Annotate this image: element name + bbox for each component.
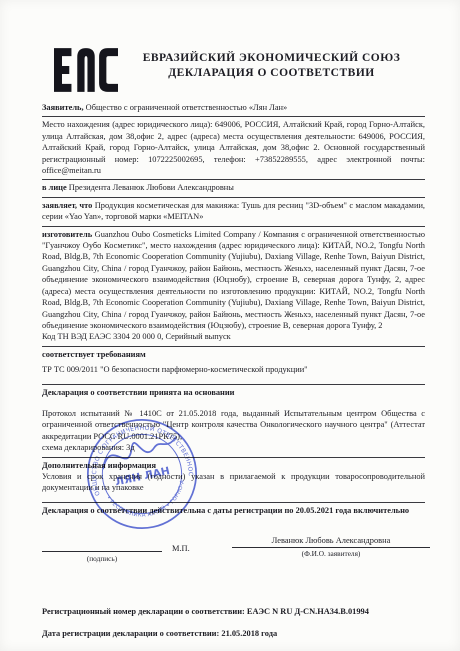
reg-number-value: ЕАЭС N RU Д-CN.НА34.В.01994 [247,607,369,616]
eac-logo [54,48,118,92]
manufacturer-value: Guanzhou Oubo Cosmeticks Limited Company… [42,230,425,330]
tnved-line: Код ТН ВЭД ЕАЭС 3304 20 000 0, Серийный … [42,331,425,342]
compliance-value: ТР ТС 009/2011 "О безопасности парфюмерн… [42,364,425,375]
applicant-fio: Леванюк Любовь Александровна [232,536,430,548]
applicant-line: Заявитель, Общество с ограниченной ответ… [42,102,425,113]
declaration-title-line: ДЕКЛАРАЦИЯ О СООТВЕТСТВИИ [118,66,425,81]
basis-value: Протокол испытаний № 1410С от 21.05.2018… [42,408,425,442]
section-divider [42,502,425,503]
validity-statement: Декларация о соответствии действительна … [42,505,425,516]
compliance-heading: соответствует требованиям [42,349,425,360]
reg-date-value: 21.05.2018 года [221,629,277,638]
applicant-address: Место нахождения (адрес юридического лиц… [42,119,425,176]
declares-value: Продукция косметическая для макияжа: Туш… [42,201,425,221]
document-title: ЕВРАЗИЙСКИЙ ЭКОНОМИЧЕСКИЙ СОЮЗ ДЕКЛАРАЦИ… [118,46,425,81]
additional-value: Условия и срок хранения (годности) указа… [42,471,425,494]
additional-heading: Дополнительная информация [42,460,425,471]
signature-caption: (подпись) [56,554,148,563]
applicant-label: Заявитель, [42,103,84,112]
section-divider [42,116,425,117]
section-divider [42,179,425,180]
section-divider [42,346,425,347]
applicant-value: Общество с ограниченной ответственностью… [86,103,288,112]
section-divider [42,457,425,458]
representative-value: Президента Леванюк Любови Александровны [69,183,234,192]
declares-line: заявляет, что Продукция косметическая дл… [42,200,425,223]
declaration-document: ЕВРАЗИЙСКИЙ ЭКОНОМИЧЕСКИЙ СОЮЗ ДЕКЛАРАЦИ… [0,0,460,651]
reg-date-label: Дата регистрации декларации о соответств… [42,629,219,638]
signature-block: (подпись) М.П. Леванюк Любовь Александро… [42,530,425,590]
section-divider [42,197,425,198]
union-title-line: ЕВРАЗИЙСКИЙ ЭКОНОМИЧЕСКИЙ СОЮЗ [118,51,425,66]
registration-date-line: Дата регистрации декларации о соответств… [42,628,425,639]
representative-line: в лице Президента Леванюк Любови Алексан… [42,182,425,193]
basis-heading: Декларация о соответствии принята на осн… [42,387,425,398]
scheme-line: схема декларирования: 3д [42,442,425,453]
representative-label: в лице [42,183,67,192]
registration-number-line: Регистрационный номер декларации о соотв… [42,606,425,617]
section-divider [42,226,425,227]
document-header: ЕВРАЗИЙСКИЙ ЭКОНОМИЧЕСКИЙ СОЮЗ ДЕКЛАРАЦИ… [42,46,425,92]
fio-group: Леванюк Любовь Александровна (Ф.И.О. зая… [232,536,430,558]
signature-line [42,551,162,552]
manufacturer-label: изготовитель [42,230,92,239]
section-divider [42,384,425,385]
declares-label: заявляет, что [42,201,92,210]
manufacturer-block: изготовитель Guanzhou Oubo Cosmeticks Li… [42,229,425,332]
reg-number-label: Регистрационный номер декларации о соотв… [42,607,245,616]
stamp-place-label: М.П. [172,544,190,553]
fio-caption: (Ф.И.О. заявителя) [232,548,430,558]
